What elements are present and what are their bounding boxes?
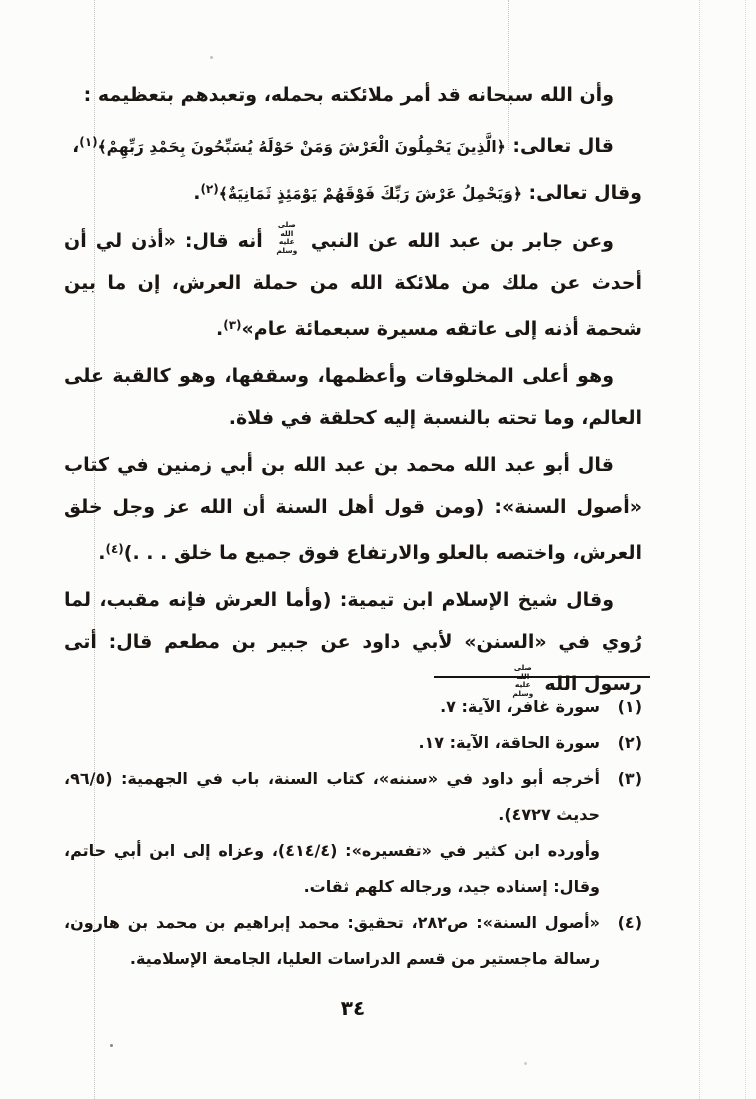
scan-speck [524,1062,527,1065]
main-text-block: وأن الله سبحانه قد أمر ملائكته بحمله، وت… [64,74,642,710]
quran-verse-ghafir-7: ﴿الَّذِينَ يَحْمِلُونَ الْعَرْشَ وَمَنْ … [98,138,506,156]
verse-line-2: وقال تعالى: ﴿وَيَحْمِلُ عَرْشَ رَبِّكَ ف… [64,168,642,215]
pbuh-calligraphy-mark: صلى الله عليه وسلم [272,221,302,256]
book-page-scan: وأن الله سبحانه قد أمر ملائكته بحمله، وت… [0,0,756,1099]
footnote-2-text: سورة الحاقة، الآية: ١٧. [64,725,600,761]
footnote-4-marker: (٤) [600,905,642,977]
footnote-1-text: سورة غافر، الآية: ٧. [64,689,600,725]
verses-block: قال تعالى: ﴿الَّذِينَ يَحْمِلُونَ الْعَر… [64,121,642,215]
footnote-3-marker: (٣) [600,761,642,905]
paragraph-ibn-taymiyyah-quote: وقال شيخ الإسلام ابن تيمية: (وأما العرش … [64,579,642,705]
footnote-2: (٢) سورة الحاقة، الآية: ١٧. [64,725,642,761]
footnote-3-text: أخرجه أبو داود في «سننه»، كتاب السنة، با… [64,761,600,905]
verse-1-intro: قال تعالى: [506,135,614,157]
hadith-text-a: وعن جابر بن عبد الله عن النبي [302,230,614,252]
paragraph-hadith-jabir: وعن جابر بن عبد الله عن النبي صلى الله ع… [64,220,642,350]
paragraph-description: وهو أعلى المخلوقات وأعظمها، وسقفها، وهو … [64,355,642,439]
footnote-ref-4: (٤) [105,542,123,556]
footnote-3: (٣) أخرجه أبو داود في «سننه»، كتاب السنة… [64,761,642,905]
ibn-taymiyyah-text: وقال شيخ الإسلام ابن تيمية: (وأما العرش … [64,589,642,695]
footnote-1: (١) سورة غافر، الآية: ٧. [64,689,642,725]
paragraph-intro: وأن الله سبحانه قد أمر ملائكته بحمله، وت… [64,74,642,116]
paragraph-ibn-zamanin-quote: قال أبو عبد الله محمد بن عبد الله بن أبي… [64,444,642,574]
footnote-ref-2: (٢) [200,182,218,196]
footnote-3-text-ibn-kathir: وأورده ابن كثير في «تفسيره»: (⁦٤١٤/٤⁩)، … [64,833,600,905]
verse-2-intro: وقال تعالى: [522,182,642,204]
footnote-3-text-source: أخرجه أبو داود في «سننه»، كتاب السنة، با… [64,761,600,833]
footnote-4: (٤) «أصول السنة»: ص٢٨٢، تحقيق: محمد إبرا… [64,905,642,977]
scan-speck [110,1044,113,1047]
scan-artifact-line [745,0,746,1099]
quran-verse-haqqah-17: ﴿وَيَحْمِلُ عَرْشَ رَبِّكَ فَوْقَهُمْ يَ… [219,185,522,203]
ibn-zamanin-text: قال أبو عبد الله محمد بن عبد الله بن أبي… [64,454,642,564]
page-number: ٣٤ [64,996,642,1020]
description-text: وهو أعلى المخلوقات وأعظمها، وسقفها، وهو … [64,365,642,429]
footnote-2-marker: (٢) [600,725,642,761]
footnote-1-marker: (١) [600,689,642,725]
footnote-ref-3: (٣) [223,318,241,332]
footnote-separator-rule [434,676,650,678]
footnote-4-text: «أصول السنة»: ص٢٨٢، تحقيق: محمد إبراهيم … [64,905,600,977]
footnotes-block: (١) سورة غافر، الآية: ٧. (٢) سورة الحاقة… [64,689,642,977]
scan-artifact-line [699,0,700,1099]
paragraph-intro-text: وأن الله سبحانه قد أمر ملائكته بحمله، وت… [84,84,614,106]
verse-line-1: قال تعالى: ﴿الَّذِينَ يَحْمِلُونَ الْعَر… [64,121,642,168]
footnote-ref-1: (١) [79,135,97,149]
scan-speck [210,56,213,59]
